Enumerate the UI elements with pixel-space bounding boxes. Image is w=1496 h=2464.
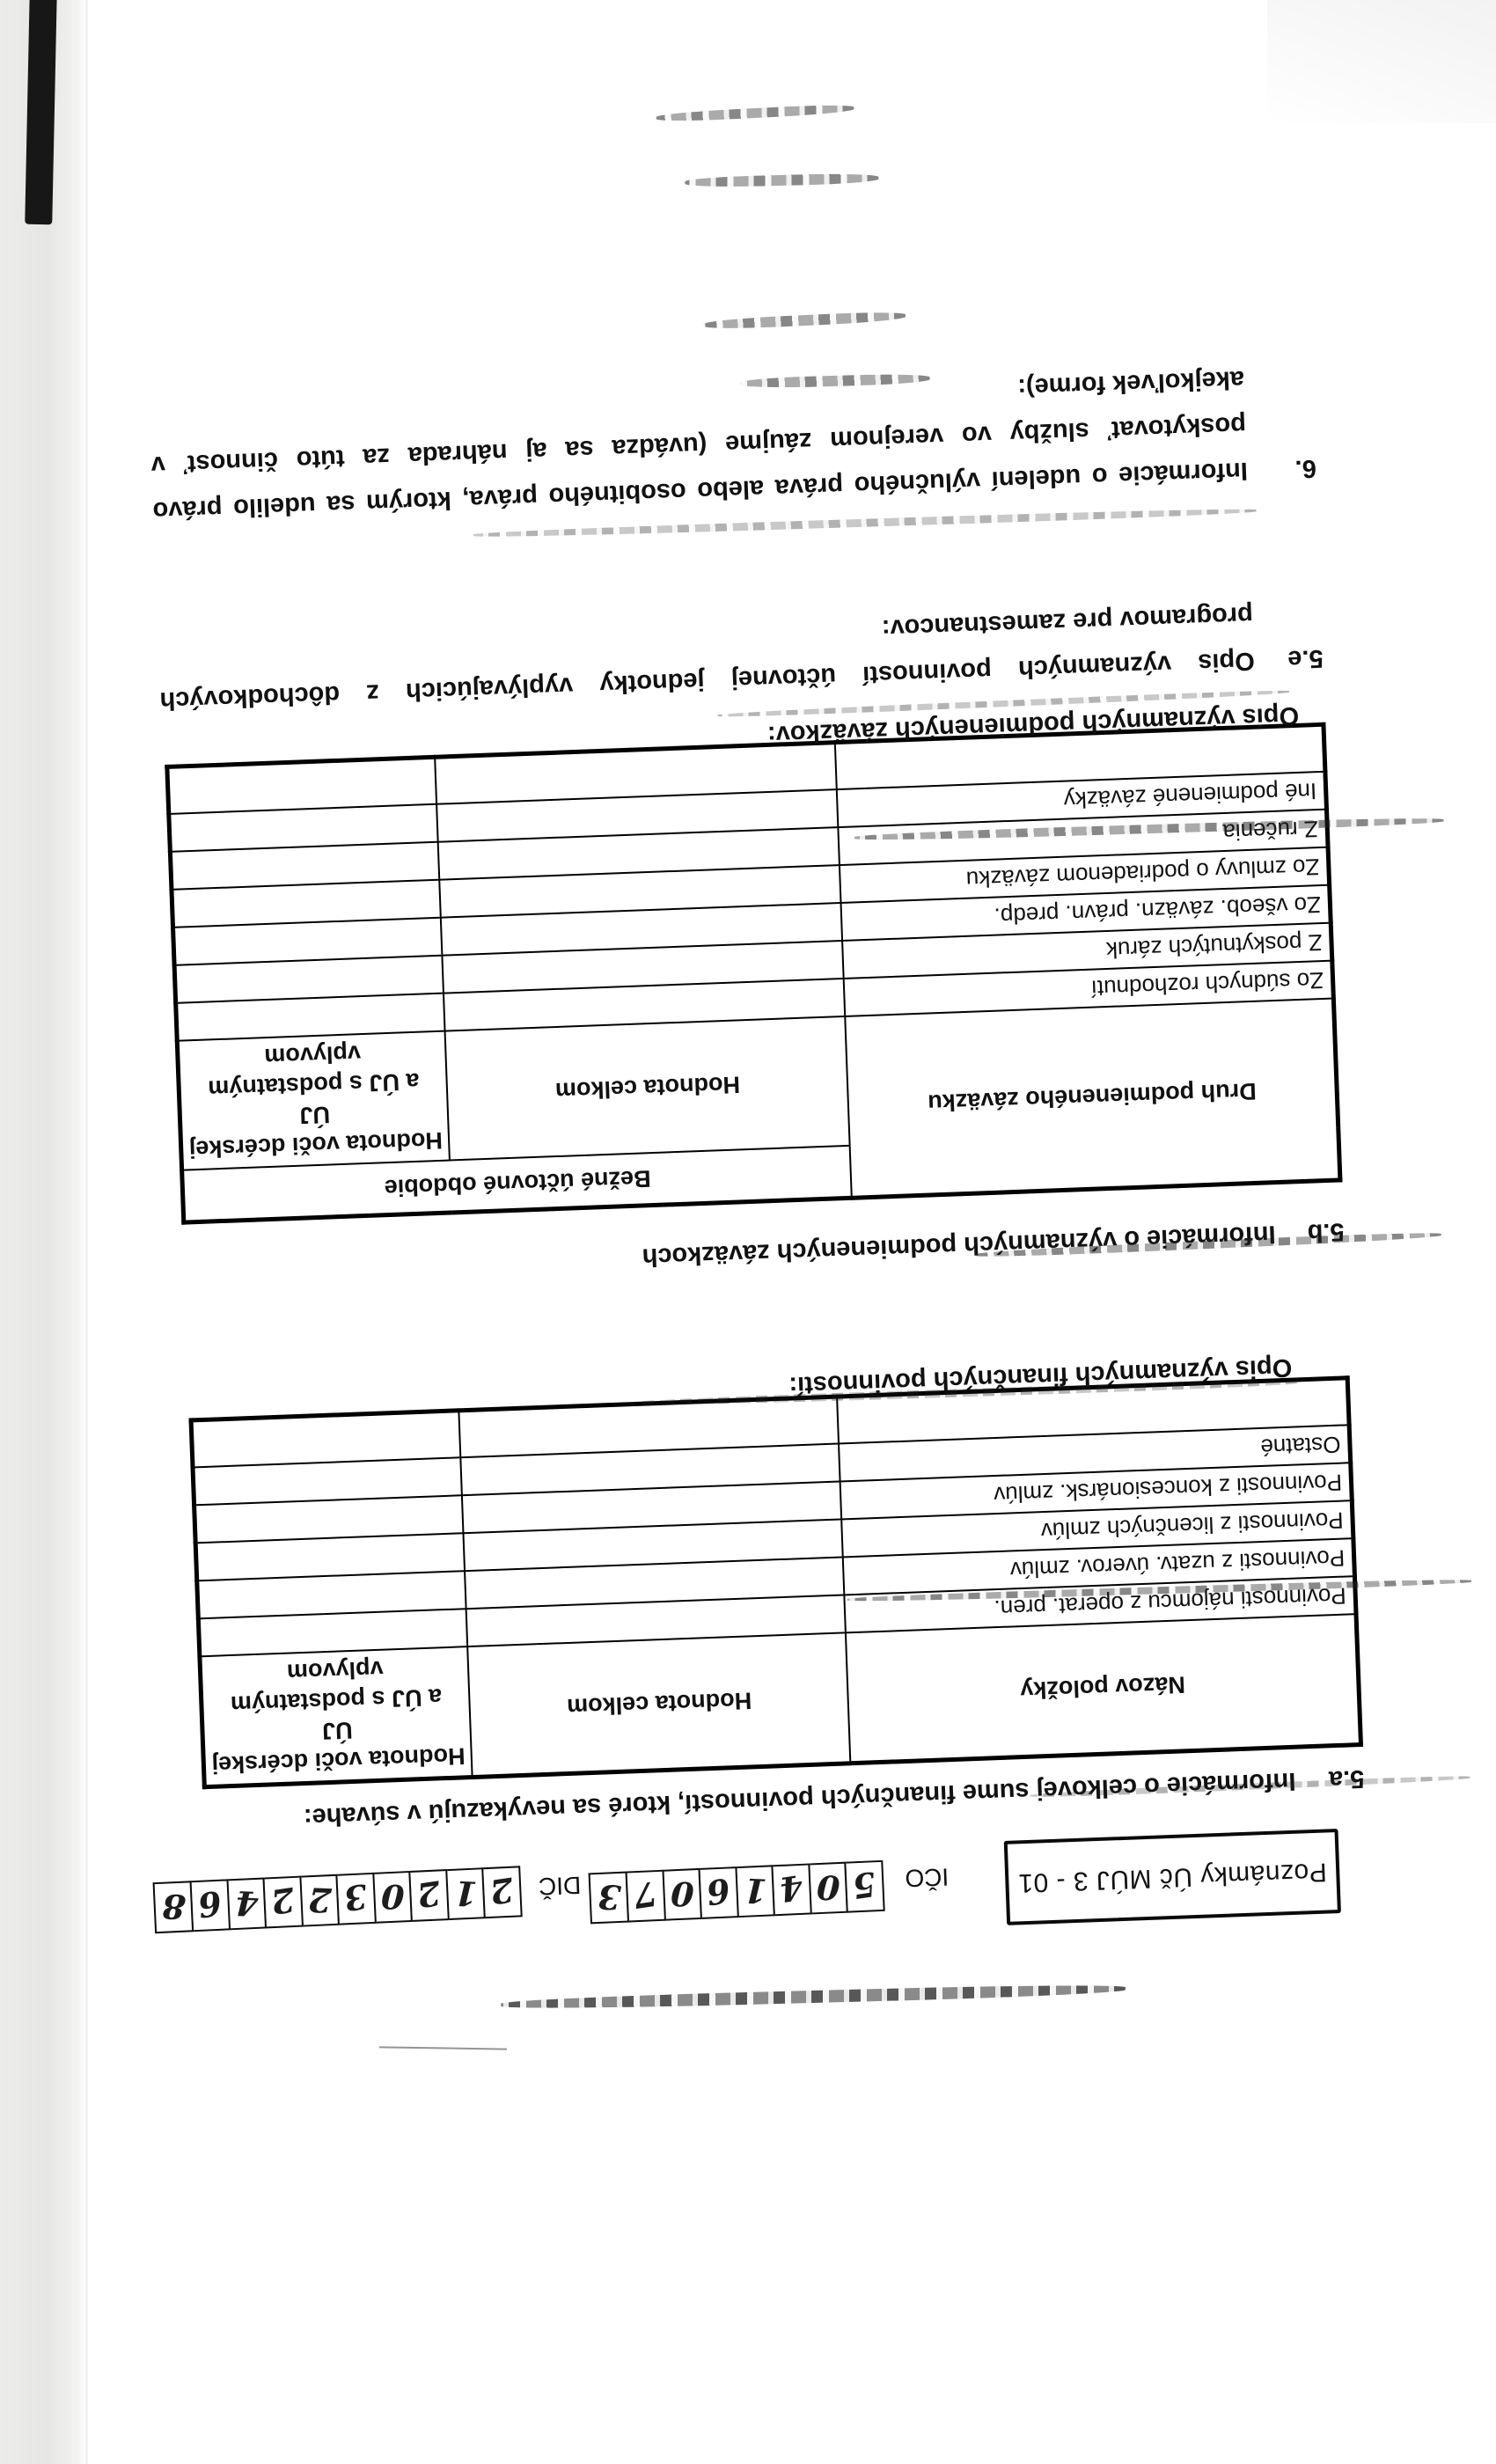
handwritten-digit: 4 xyxy=(234,1883,259,1924)
col-header-line1: Hodnota voči dcérskej ÚJ xyxy=(209,1712,466,1781)
col-header-total: Hodnota celkom xyxy=(468,1632,851,1777)
col-header-subsidiary: Hodnota voči dcérskej ÚJ a ÚJ s podstatn… xyxy=(177,1031,450,1170)
handwritten-digit: 6 xyxy=(195,1883,224,1925)
handwritten-digit: 4 xyxy=(777,1867,806,1910)
col-header-line2: a ÚJ s podstatným vplyvom xyxy=(208,1652,465,1721)
handwritten-digit: 5 xyxy=(850,1865,879,1907)
handwritten-digit: 0 xyxy=(670,1874,694,1915)
handwritten-digit: 0 xyxy=(816,1868,840,1909)
dic-label: DIČ xyxy=(538,1871,581,1901)
scan-smudge xyxy=(501,1983,1126,2012)
ico-digit-box: 6 xyxy=(698,1866,738,1919)
dic-digit-box: 1 xyxy=(445,1867,487,1920)
handwritten-digit: 2 xyxy=(268,1880,297,1922)
handwritten-digit: 0 xyxy=(380,1877,405,1918)
dic-digit-box: 6 xyxy=(189,1879,231,1932)
ico-digit-box: 7 xyxy=(625,1870,665,1923)
ico-digit-boxes: 5 0 4 1 6 0 7 3 xyxy=(591,1860,885,1924)
dic-digit-box: 3 xyxy=(335,1873,377,1925)
handwritten-digit: 2 xyxy=(307,1881,332,1921)
section-number: 5.e xyxy=(1252,590,1324,684)
ico-digit-box: 4 xyxy=(771,1863,811,1916)
scan-smudge xyxy=(656,103,854,122)
col-header-line1: Hodnota voči dcérskej ÚJ xyxy=(187,1096,444,1165)
section-6: 6. Informácie o udelení výlučného práva … xyxy=(149,354,1317,533)
financial-obligations-table: Názov položky Hodnota celkom Hodnota voč… xyxy=(188,1375,1363,1789)
handwritten-digit: 8 xyxy=(161,1887,186,1927)
scan-black-bar-artifact xyxy=(25,0,57,224)
col-header-type: Druh podmieneného záväzku xyxy=(846,999,1340,1199)
handwritten-digit: 1 xyxy=(453,1874,478,1914)
contingent-liabilities-table: Druh podmieneného záväzku Bežné účtovné … xyxy=(165,722,1342,1225)
col-header-subsidiary: Hodnota voči dcérskej ÚJ a ÚJ s podstatn… xyxy=(200,1646,473,1787)
dic-digit-box: 2 xyxy=(481,1866,523,1918)
col-header-item: Názov položky xyxy=(846,1614,1360,1764)
ico-digit-box: 1 xyxy=(735,1865,775,1918)
section-number: 6. xyxy=(1243,354,1317,494)
handwritten-digit: 6 xyxy=(704,1871,733,1913)
dic-digit-box: 0 xyxy=(372,1871,414,1924)
section-text: Opis významných povinností účtovnej jedn… xyxy=(158,592,1256,724)
section-5e: 5.e Opis významných povinností účtovnej … xyxy=(158,590,1324,723)
handwritten-digit: 3 xyxy=(341,1877,370,1919)
dic-digit-box: 2 xyxy=(262,1876,304,1929)
ico-digit-box: 5 xyxy=(844,1860,884,1913)
handwritten-digit: 3 xyxy=(597,1877,621,1918)
section-text: Informácie o udelení výlučného práva ale… xyxy=(149,356,1249,534)
scan-smudge xyxy=(685,172,878,187)
dic-digit-box: 8 xyxy=(153,1881,194,1933)
ico-digit-box: 3 xyxy=(589,1872,629,1925)
form-code-label: Poznámky Úč MÚJ 3 - 01 xyxy=(1017,1857,1327,1898)
dic-digit-box: 2 xyxy=(299,1874,341,1927)
dic-digit-boxes: 2 1 2 0 3 2 2 4 6 8 xyxy=(156,1866,523,1933)
ico-digit-box: 0 xyxy=(662,1868,702,1921)
scanner-edge-strip xyxy=(0,0,88,2464)
scan-line-artifact xyxy=(379,2046,507,2050)
col-header-line2: a ÚJ s podstatným vplyvom xyxy=(185,1036,442,1105)
table-cell-empty xyxy=(191,1411,461,1468)
col-header-total: Hodnota celkom xyxy=(445,1016,850,1161)
handwritten-digit: 1 xyxy=(743,1871,767,1911)
scan-smudge xyxy=(703,311,906,331)
form-code-box: Poznámky Úč MÚJ 3 - 01 xyxy=(1004,1829,1341,1925)
dic-digit-box: 4 xyxy=(226,1877,268,1930)
form-page-rotated-180: Poznámky Úč MÚJ 3 - 01 IČO 5 0 4 1 6 0 7… xyxy=(95,13,1401,2108)
table-cell-empty xyxy=(167,757,437,814)
scanned-document: Poznámky Úč MÚJ 3 - 01 IČO 5 0 4 1 6 0 7… xyxy=(0,0,1496,2464)
page-edge-shadow xyxy=(85,0,88,2464)
handwritten-digit: 2 xyxy=(488,1870,517,1912)
dic-digit-box: 2 xyxy=(408,1869,450,1922)
handwritten-digit: 7 xyxy=(631,1874,660,1916)
ico-label: IČO xyxy=(905,1862,950,1892)
ico-digit-box: 0 xyxy=(808,1862,848,1915)
section-number: 5.b xyxy=(1275,1208,1346,1257)
handwritten-digit: 2 xyxy=(414,1874,444,1916)
